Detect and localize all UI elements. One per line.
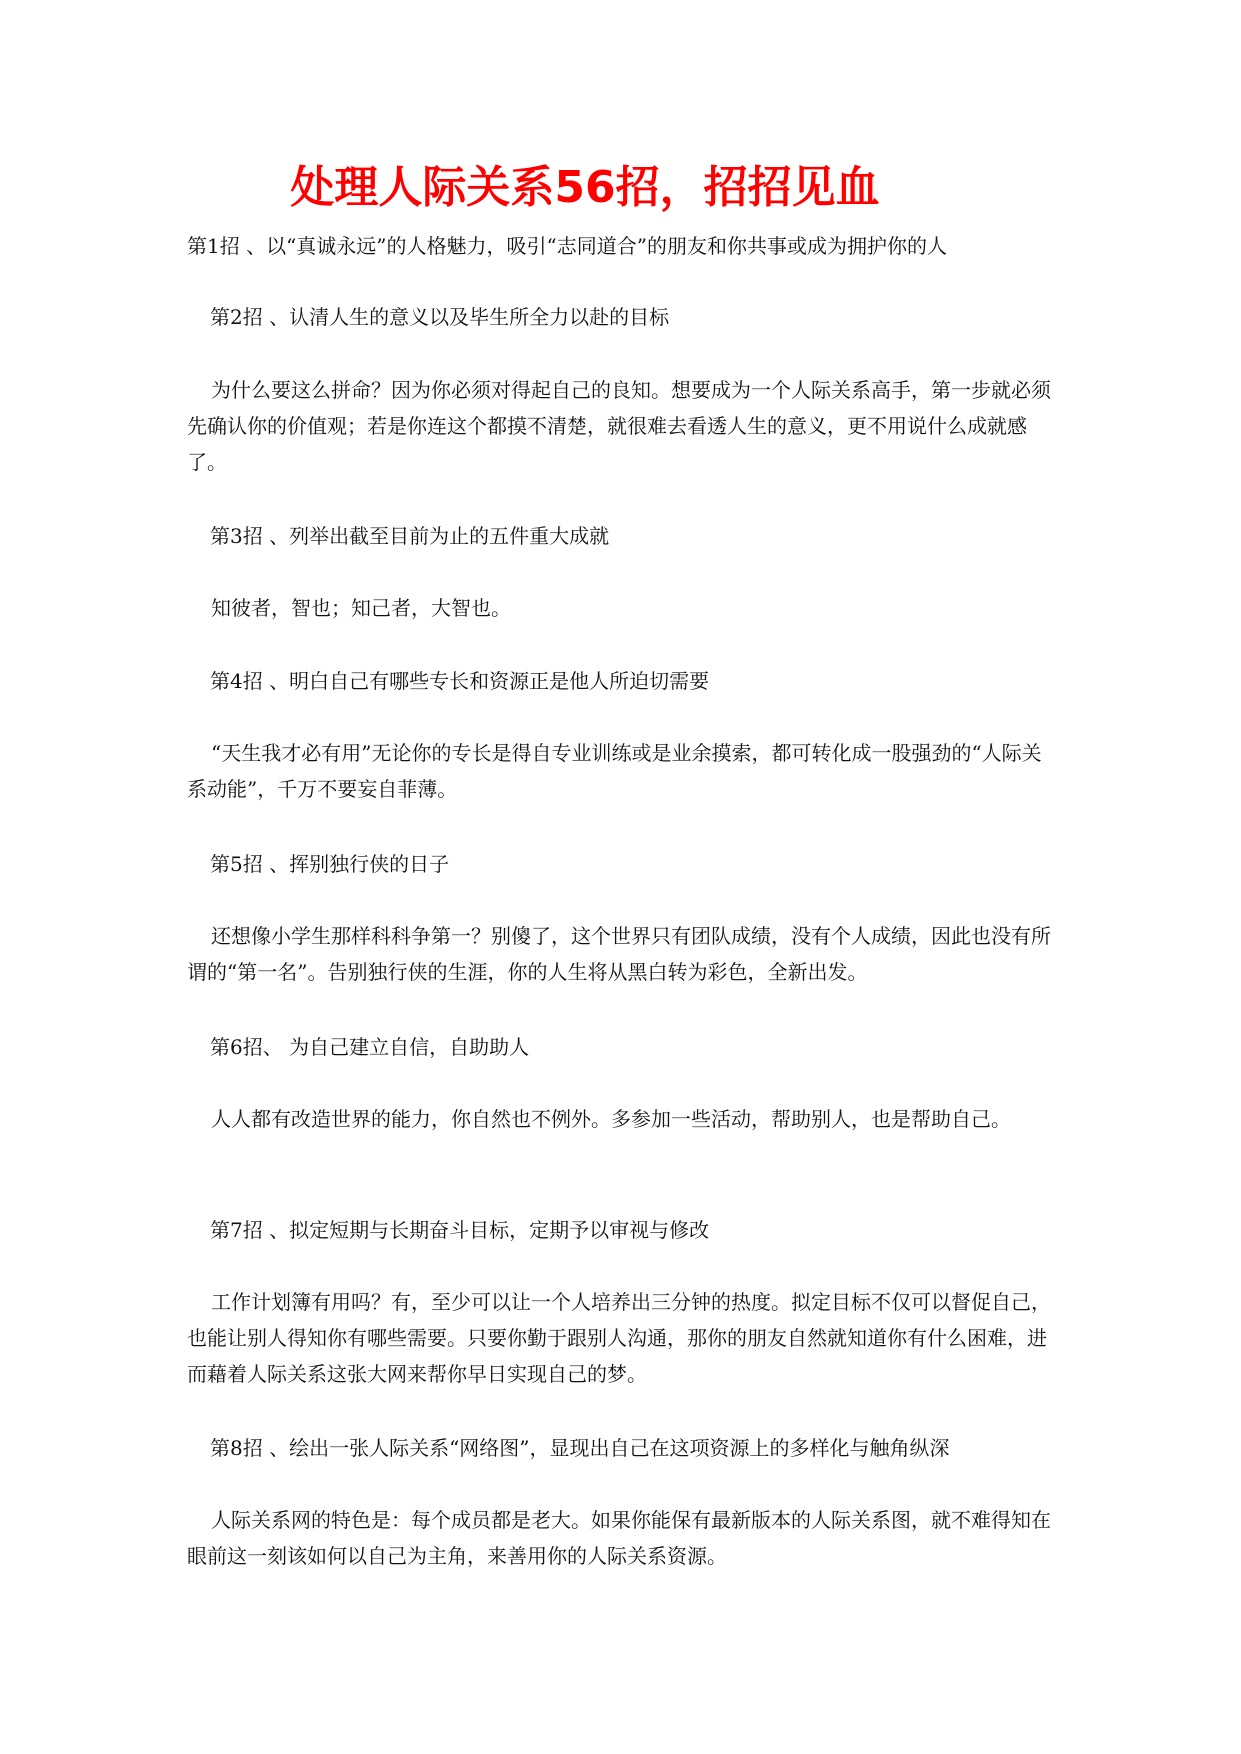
section-body-6: 人人都有改造世界的能力，你自然也不例外。多参加一些活动，帮助别人，也是帮助自己。 [187,1101,1055,1137]
section-body-7: 工作计划簿有用吗？有，至少可以让一个人培养出三分钟的热度。拟定目标不仅可以督促自… [187,1284,1055,1392]
section-heading-1: 第1招 、以“真诚永远”的人格魅力，吸引“志同道合”的朋友和你共事或成为拥护你的… [187,228,947,264]
section-heading-8: 第8招 、绘出一张人际关系“网络图”，显现出自己在这项资源上的多样化与触角纵深 [210,1430,950,1466]
section-heading-5: 第5招 、挥别独行侠的日子 [210,846,449,882]
section-body-2: 为什么要这么拼命？因为你必须对得起自己的良知。想要成为一个人际关系高手，第一步就… [187,372,1055,480]
section-heading-2: 第2招 、认清人生的意义以及毕生所全力以赴的目标 [210,299,669,335]
section-body-5: 还想像小学生那样科科争第一？别傻了，这个世界只有团队成绩，没有个人成绩，因此也没… [187,918,1055,990]
section-heading-3: 第3招 、列举出截至目前为止的五件重大成就 [210,518,609,554]
section-body-8: 人际关系网的特色是：每个成员都是老大。如果你能保有最新版本的人际关系图，就不难得… [187,1502,1055,1574]
document-page: 处理人际关系56招，招招见血 第1招 、以“真诚永远”的人格魅力，吸引“志同道合… [0,0,1241,1754]
section-body-4: “天生我才必有用”无论你的专长是得自专业训练或是业余摸索，都可转化成一股强劲的“… [187,735,1055,807]
section-body-3: 知彼者，智也；知己者，大智也。 [187,590,1055,626]
document-title: 处理人际关系56招，招招见血 [0,158,1170,218]
section-heading-6: 第6招、 为自己建立自信，自助助人 [210,1029,529,1065]
section-heading-4: 第4招 、明白自己有哪些专长和资源正是他人所迫切需要 [210,663,709,699]
section-heading-7: 第7招 、拟定短期与长期奋斗目标，定期予以审视与修改 [210,1212,709,1248]
